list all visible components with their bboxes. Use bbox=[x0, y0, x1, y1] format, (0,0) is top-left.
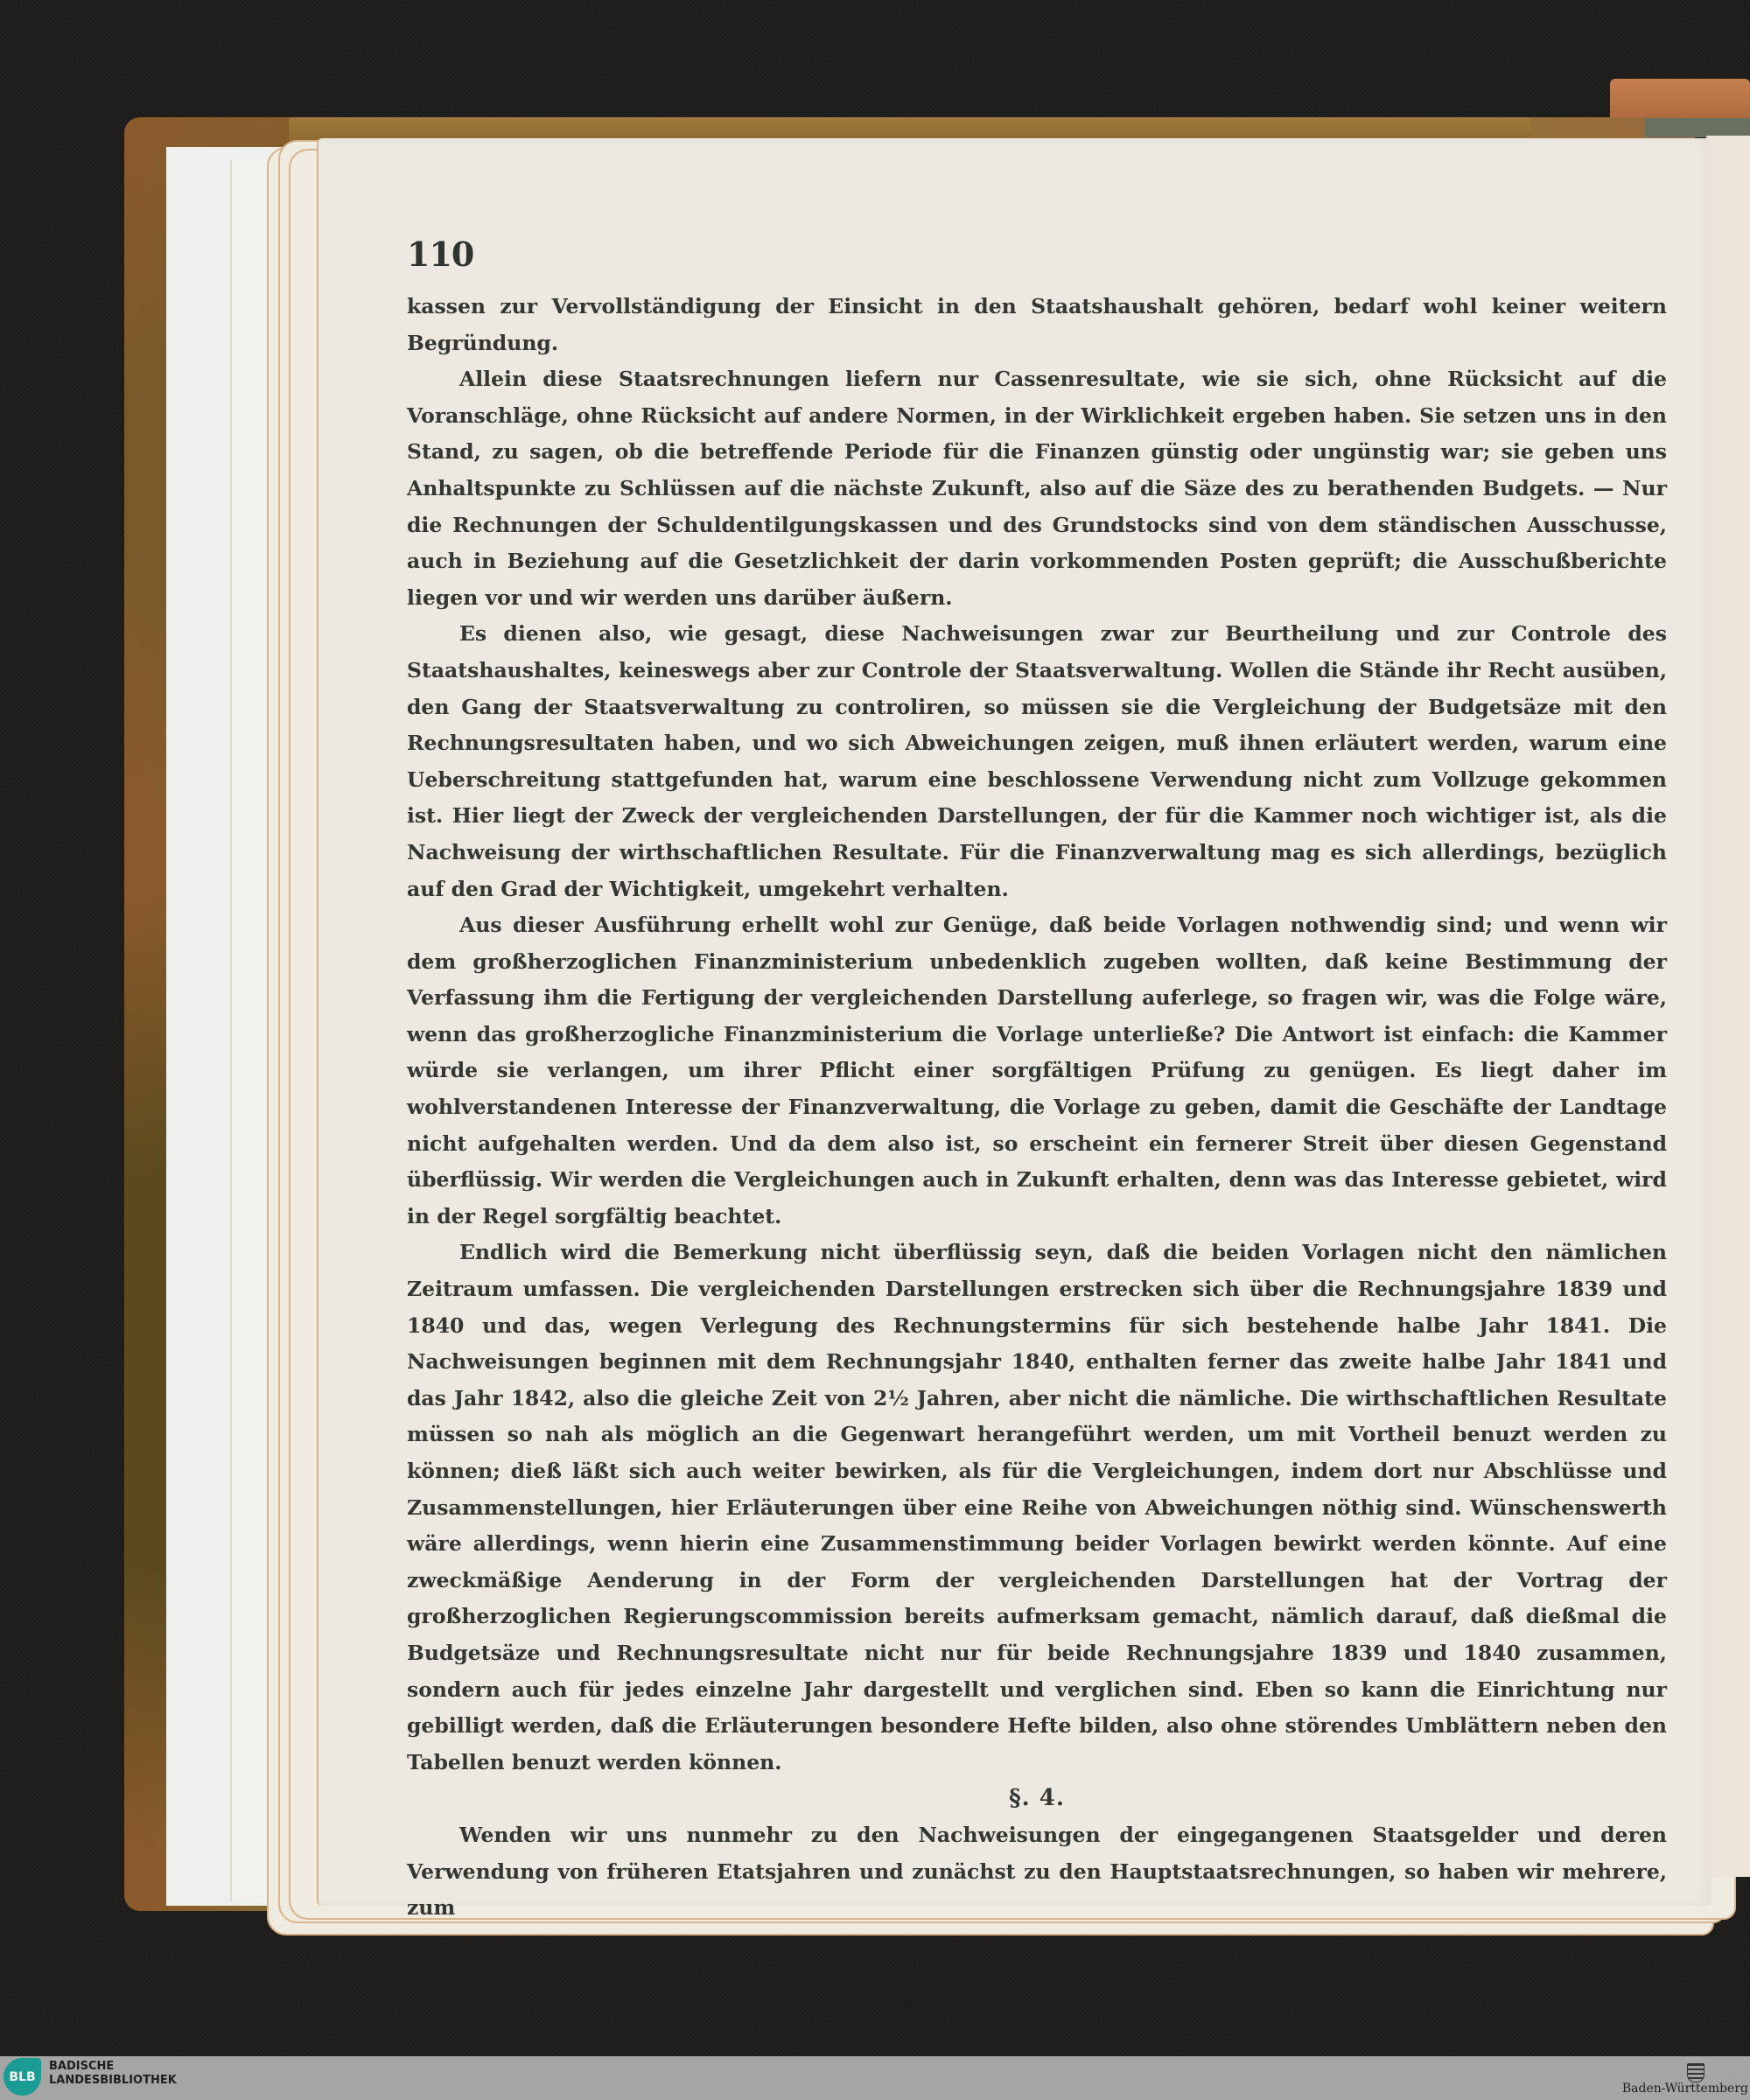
library-name-line2: LANDESBIBLIOTHEK bbox=[49, 2074, 177, 2088]
ribbon-strip bbox=[1645, 118, 1750, 137]
paragraph: Es dienen also, wie gesagt, diese Nachwe… bbox=[407, 616, 1667, 907]
facing-page-edge bbox=[1706, 136, 1750, 1877]
paragraph: kassen zur Vervollständigung der Einsich… bbox=[407, 289, 1667, 361]
page-body-text: kassen zur Vervollständigung der Einsich… bbox=[407, 289, 1667, 1927]
library-name: BADISCHE LANDESBIBLIOTHEK bbox=[49, 2060, 177, 2088]
page-number: 110 bbox=[407, 234, 473, 274]
section-heading: §. 4. bbox=[407, 1781, 1667, 1817]
paragraph: Endlich wird die Bemerkung nicht überflü… bbox=[407, 1235, 1667, 1781]
library-name-line1: BADISCHE bbox=[49, 2060, 177, 2074]
paragraph: Aus dieser Ausführung erhellt wohl zur G… bbox=[407, 907, 1667, 1235]
footer-branding-bar: BLB BADISCHE LANDESBIBLIOTHEK Baden-Würt… bbox=[0, 2056, 1750, 2100]
state-label: Baden-Württemberg bbox=[1622, 2082, 1748, 2096]
coat-of-arms-icon bbox=[1687, 2063, 1704, 2082]
blb-logo-icon: BLB bbox=[3, 2058, 41, 2096]
paragraph: Allein diese Staatsrechnungen liefern nu… bbox=[407, 361, 1667, 616]
paragraph: Wenden wir uns nunmehr zu den Nachweisun… bbox=[407, 1817, 1667, 1927]
